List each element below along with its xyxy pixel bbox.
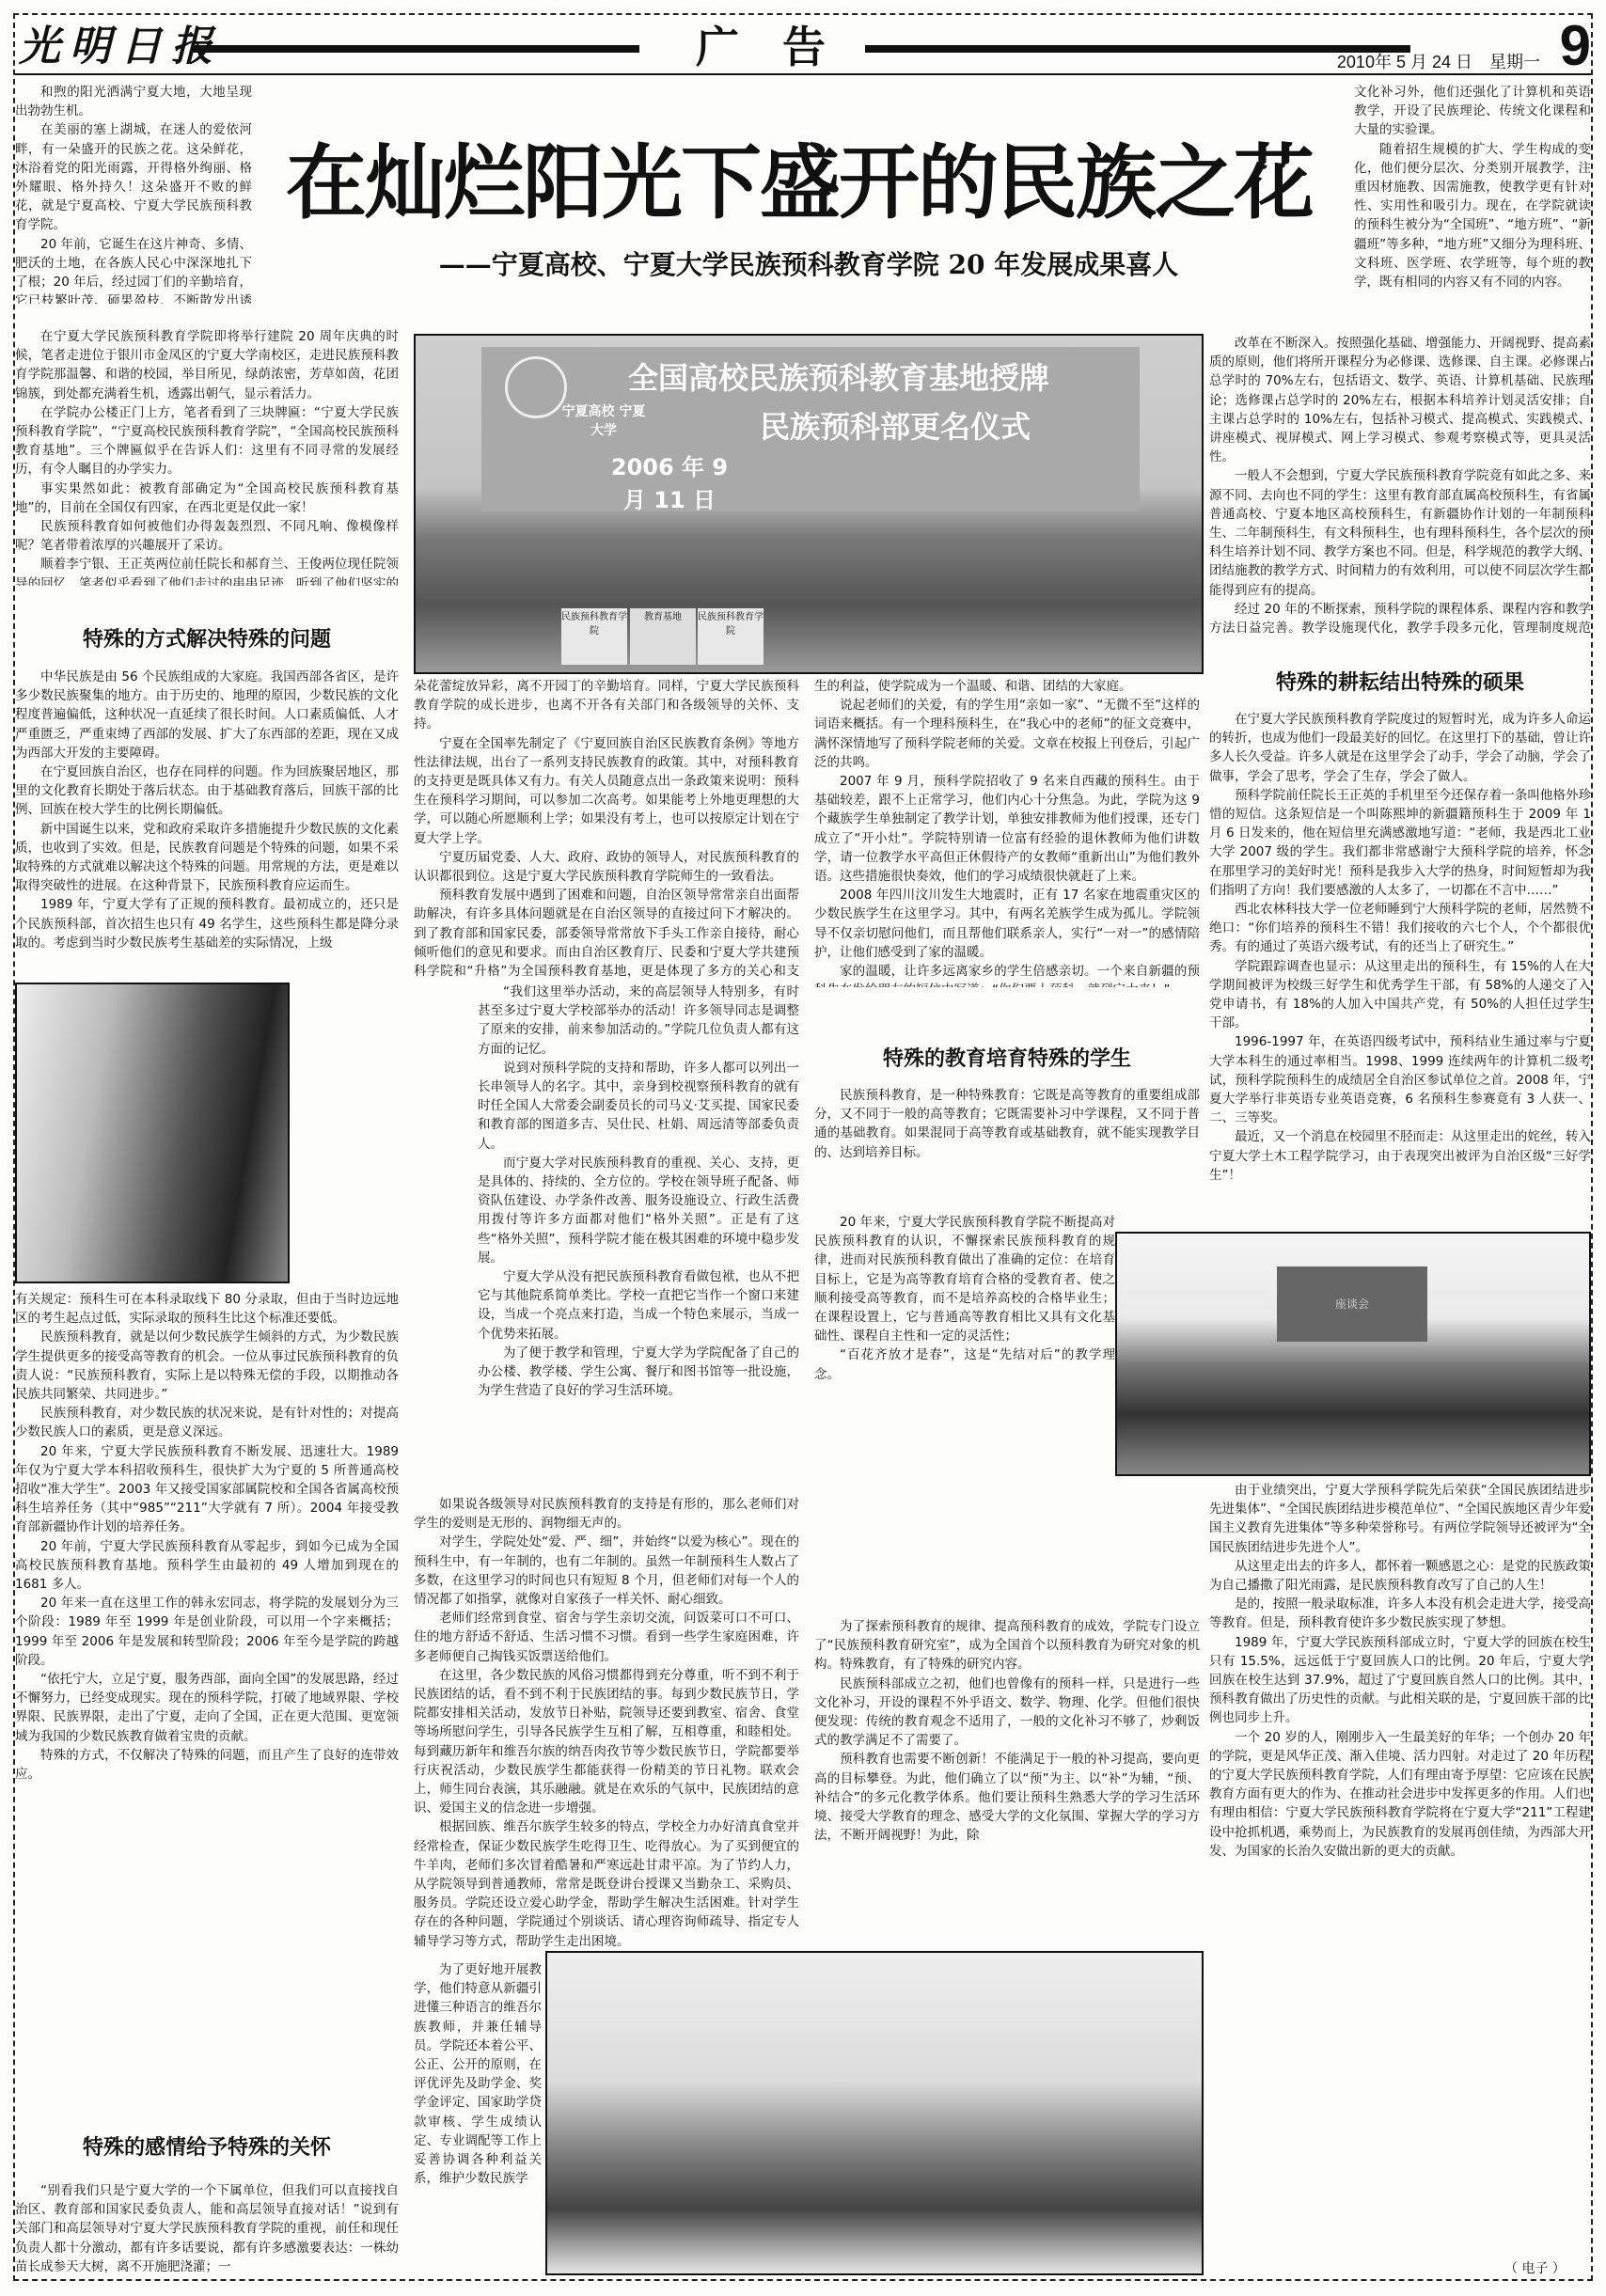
paragraph: 1996-1997 年，在英语四级考试中，预科结业生通过率与宁夏大学本科生的通过…	[1209, 1032, 1591, 1127]
conference-table-photo: 座谈会	[1115, 1232, 1591, 1476]
headline: 在灿烂阳光下盛开的民族之花	[282, 132, 1316, 235]
intro-column-top: 和煦的阳光洒满宁夏大地，大地呈现出勃勃生机。 在美丽的塞上湖城，在迷人的爱依河畔…	[15, 83, 252, 304]
paragraph: 说起老师们的关爱，有的学生用“亲如一家”、“无微不至”这样的词语来概括。有一个理…	[814, 696, 1200, 772]
paragraph: 随着招生规模的扩大、学生构成的变化，他们便分层次、分类别开展教学，注重因材施教、…	[1354, 140, 1591, 292]
paragraph: 在这里，各少数民族的风俗习惯都得到充分尊重，听不到不利于民族团结的话，看不到不利…	[414, 1666, 799, 1818]
paragraph: 根据回族、维吾尔族学生较多的特点，学校全力办好清真食堂并经常检查，保证少数民族学…	[414, 1817, 799, 1950]
group-photo: 全国高校民族预科教育基地授牌 民族预科部更名仪式 宁夏高校 宁夏大学 2006 …	[414, 334, 1204, 674]
paragraph: 家的温暖，让许多远离家乡的学生倍感亲切。一个来自新疆的预科生在发给朋友的短信中写…	[814, 962, 1200, 987]
paragraph: 而宁夏大学对民族预科教育的重视、关心、支持，更是具体的、持续的、全方位的。学校在…	[478, 1154, 799, 1267]
section-title: 广 告	[696, 19, 826, 75]
paragraph: 在宁夏回族自治区，也存在同样的问题。作为回族聚居地区，那里的文化教育长期处于落后…	[15, 763, 399, 820]
paragraph: 学院跟踪调查也显示：从这里走出的预科生，有 15%的人在大学期间被评为校级三好学…	[1209, 957, 1591, 1033]
banner-line-2: 民族预科部更名仪式	[651, 403, 1140, 447]
section3-column-c: 为了探索预科教育的规律、提高预科教育的成效，学院专门设立了“民族预科教育研究室”…	[814, 1617, 1200, 1951]
banner-line-2-small: 宁夏高校 宁夏大学	[557, 401, 651, 439]
intro-column-bottom: 在宁夏大学民族预科教育学院即将举行建院 20 周年庆典的时候，笔者走进位于银川市…	[15, 327, 399, 586]
paragraph: 民族预科教育，是一种特殊教育：它既是高等教育的重要组成部分，又不同于一般的高等教…	[814, 1086, 1200, 1162]
header-rule-left	[193, 45, 639, 53]
paragraph: 20 年来，宁夏大学民族预科教育学院不断提高对民族预科教育的认识，不懈探索民族预…	[814, 1213, 1115, 1345]
right-column-lower: 由于业绩突出，宁夏大学预科学院先后荣获“全国民族团结进步先进集体”、“全国民族团…	[1209, 1481, 1591, 2097]
paragraph: 一个 20 岁的人，刚刚步入一生最美好的年华；一个创办 20 年的学院，更是风华…	[1209, 1728, 1591, 1861]
page-number: 9	[1560, 15, 1591, 77]
paragraph: 民族预科教育，就是以何少数民族学生倾斜的方式，为少数民族学生提供更多的接受高等教…	[15, 1328, 399, 1404]
paragraph: 民族预科教育如何被他们办得轰轰烈烈、不同凡响、像模像样呢？笔者带着浓厚的兴趣展开…	[15, 517, 399, 555]
paragraph: 特殊的方式，不仅解决了特殊的问题，而且产生了良好的连带效应。	[15, 1746, 399, 1784]
paragraph: 2007 年 9 月，预科学院招收了 9 名来自西藏的预科生。由于基础较差，跟不…	[814, 772, 1200, 886]
paragraph: “百花齐放才是春”，这是“先结对后”的教学理念。	[814, 1345, 1115, 1383]
plaque-left: 民族预科教育学院	[561, 608, 627, 665]
paragraph: 一般人不会想到，宁夏大学民族预科教育学院竟有如此之多、来源不同、去向也不同的学生…	[1209, 466, 1591, 599]
paragraph: 生的利益，使学院成为一个温暖、和谐、团结的大家庭。	[814, 677, 1200, 696]
paragraph: 从这里走出去的许多人，都怀着一颗感恩之心：是党的民族政策为自己播撒了阳光雨露，是…	[1209, 1557, 1591, 1595]
section-heading: 特殊的感情给予特殊的关怀	[15, 2134, 399, 2162]
section-heading: 特殊的方式解决特殊的问题	[15, 626, 399, 654]
paragraph: 2008 年四川汶川发生大地震时，正有 17 名家在地震重灾区的少数民族学生在这…	[814, 886, 1200, 962]
paragraph: 20 年来一直在这里工作的韩永宏同志，将学院的发展划分为三个阶段：1989 年至…	[15, 1594, 399, 1670]
section3-column-b: 20 年来，宁夏大学民族预科教育学院不断提高对民族预科教育的认识，不懈探索民族预…	[814, 1213, 1115, 1533]
masthead-logo: 光明日报	[19, 21, 222, 73]
paragraph: 在学院办公楼正门上方，笔者看到了三块牌匾：“宁夏大学民族预科教育学院”，“宁夏高…	[15, 403, 399, 480]
right-column-middle: 改革在不断深入。按照强化基础、增强能力、开阔视野、提高素质的原则，他们将所开课程…	[1209, 334, 1591, 639]
paragraph: 20 年前，它诞生在这片神奇、多情、肥沃的土地，在各族人民心中深深地扎下了根；2…	[15, 235, 252, 304]
paragraph: 宁夏在全国率先制定了《宁夏回族自治区民族教育条例》等地方性法律法规，出台了一系列…	[414, 734, 799, 848]
middle-column-c: 如果说各级领导对民族预科教育的支持是有形的，那么老师们对学生的爱则是无形的、润物…	[414, 1495, 799, 1956]
paragraph: 事实果然如此：被教育部确定为“全国高校民族预科教育基地”的，目前在全国仅有四家，…	[15, 480, 399, 517]
banner-line-1: 全国高校民族预科教育基地授牌	[557, 354, 1121, 398]
paragraph: 顺着李宁银、王正英两位前任院长和郝育兰、王俊两位现任院领导的回忆，笔者似乎看到了…	[15, 555, 399, 586]
paragraph: 预科教育也需要不断创新！不能满足于一般的补习提高，要向更高的目标攀登。为此，他们…	[814, 1750, 1200, 1845]
paragraph: 朵花蕾绽放异彩，离不开园丁的辛勤培育。同样，宁夏大学民族预科教育学院的成长进步，…	[414, 677, 799, 734]
paragraph: “别看我们只是宁夏大学的一个下属单位，但我们可以直接找自治区、教育部和国家民委负…	[15, 2181, 399, 2276]
leaders-meeting-students-photo	[15, 983, 290, 1283]
middle-column-d: 为了更好地开展教学，他们特意从新疆引进懂三种语言的维吾尔族教师，并兼任辅导员。学…	[414, 1960, 542, 2280]
paragraph: 如果说各级领导对民族预科教育的支持是有形的，那么老师们对学生的爱则是无形的、润物…	[414, 1495, 799, 1533]
paragraph: 为了更好地开展教学，他们特意从新疆引进懂三种语言的维吾尔族教师，并兼任辅导员。学…	[414, 1960, 542, 2188]
paragraph: 新中国诞生以来，党和政府采取许多措施提升少数民族的文化素质，也收到了实效。但是，…	[15, 820, 399, 896]
paragraph: 民族预科部成立之初，他们也曾像有的预科一样，只是进行一些文化补习，开设的课程不外…	[814, 1675, 1200, 1751]
paragraph: 20 年来，宁夏大学民族预科教育不断发展、迅速壮大。1989 年仅为宁夏大学本科…	[15, 1442, 399, 1537]
paragraph: 为了便于教学和管理，宁夏大学为学院配备了自己的办公楼、教学楼、学生公寓、餐厅和图…	[478, 1344, 799, 1401]
paragraph: 和煦的阳光洒满宁夏大地，大地呈现出勃勃生机。	[15, 83, 252, 120]
section1-column-a: 中华民族是由 56 个民族组成的大家庭。我国西部各省区，是许多少数民族聚集的地方…	[15, 668, 399, 978]
paragraph: 为了探索预科教育的规律、提高预科教育的成效，学院专门设立了“民族预科教育研究室”…	[814, 1617, 1200, 1675]
paragraph: 对学生，学院处处“爱、严、细”，并始终“以爱为核心”。现在的预科生中，有一年制的…	[414, 1533, 799, 1609]
author-credit: （ 电子 ）	[1504, 2258, 1566, 2277]
section2-column: “别看我们只是宁夏大学的一个下属单位，但我们可以直接找自治区、教育部和国家民委负…	[15, 2181, 399, 2279]
students-dancing-photo	[545, 1951, 1204, 2275]
projector-screen: 座谈会	[1277, 1266, 1427, 1342]
paragraph: 20 年前，宁夏大学民族预科教育从零起步，到如今已成为全国高校民族预科教育基地。…	[15, 1537, 399, 1595]
paragraph: 由于业绩突出，宁夏大学预科学院先后荣获“全国民族团结进步先进集体”、“全国民族团…	[1209, 1481, 1591, 1557]
right-column-bottom: 在宁夏大学民族预科教育学院度过的短暂时光，成为许多人命运的转折，也成为他们一段最…	[1209, 710, 1591, 1218]
issue-date: 2010年 5 月 24 日 星期一	[1337, 49, 1540, 73]
paragraph: 文化补习外，他们还强化了计算机和英语教学，开设了民族理论、传统文化课程和大量的实…	[1354, 83, 1591, 140]
paragraph: 1989 年，宁夏大学民族预科部成立时，宁夏大学的回族在校生只有 15.5%，远…	[1209, 1633, 1591, 1728]
paragraph: 宁夏历届党委、人大、政府、政协的领导人，对民族预科教育的认识都很到位。这是宁夏大…	[414, 848, 799, 886]
paragraph: 在宁夏大学民族预科教育学院即将举行建院 20 周年庆典的时候，笔者走进位于银川市…	[15, 327, 399, 403]
paragraph: 民族预科教育，对少数民族的状况来说，是有针对性的；对提高少数民族人口的素质，更是…	[15, 1404, 399, 1441]
right-column-top: 文化补习外，他们还强化了计算机和英语教学，开设了民族理论、传统文化课程和大量的实…	[1354, 83, 1591, 332]
header-divider	[15, 73, 1591, 75]
plaque-center: 教育基地	[630, 608, 696, 665]
section-heading: 特殊的教育培育特殊的学生	[814, 1046, 1200, 1074]
section1-column-b: 有关规定：预科生可在本科录取线下 80 分录取，但由于当时边远地区的考生起点过低…	[15, 1290, 399, 2061]
paragraph: “依托宁大，立足宁夏，服务西部，面向全国”的发展思路，经过不懈努力，已经变成现实…	[15, 1670, 399, 1746]
section3-column-a: 民族预科教育，是一种特殊教育：它既是高等教育的重要组成部分，又不同于一般的高等教…	[814, 1086, 1200, 1218]
paragraph: 经过 20 年的不断探索，预科学院的课程体系、课程内容和教学方法日益完善。教学设…	[1209, 600, 1591, 639]
paragraph: 有关规定：预科生可在本科录取线下 80 分录取，但由于当时边远地区的考生起点过低…	[15, 1290, 399, 1328]
paragraph: 中华民族是由 56 个民族组成的大家庭。我国西部各省区，是许多少数民族聚集的地方…	[15, 668, 399, 763]
paragraph: 是的，按照一般录取标准，许多人本没有机会走进大学，接受高等教育。但是，预科教育使…	[1209, 1595, 1591, 1632]
paragraph: 改革在不断深入。按照强化基础、增强能力、开阔视野、提高素质的原则，他们将所开课程…	[1209, 334, 1591, 466]
paragraph: 西北农林科技大学一位老师睡到宁大预科学院的老师，居然赞不绝口：“你们培养的预科生…	[1209, 900, 1591, 957]
middle-column-b: “我们这里举办活动，来的高层领导人特别多，有时甚至多过宁夏大学校部举办的活动！许…	[478, 983, 799, 1490]
paragraph: 最近，又一个消息在校园里不胫而走：从这里走出的姹丝，转入宁夏大学土木工程学院学习…	[1209, 1127, 1591, 1185]
subheadline: ——宁夏高校、宁夏大学民族预科教育学院 20 年发展成果喜人	[310, 246, 1307, 284]
paragraph: 说到对预科学院的支持和帮助，许多人都可以列出一长串领导人的名字。其中，亲身到校视…	[478, 1059, 799, 1154]
paragraph: 老师们经常到食堂、宿舍与学生亲切交流，问饭菜可口不可口、住的地方舒适不舒适、生活…	[414, 1609, 799, 1666]
paragraph: 预科学院前任院长王正英的手机里至今还保存着一条叫他格外珍惜的短信。这条短信是一个…	[1209, 786, 1591, 900]
paragraph: 在宁夏大学民族预科教育学院度过的短暂时光，成为许多人命运的转折，也成为他们一段最…	[1209, 710, 1591, 786]
middle-right-column: 生的利益，使学院成为一个温暖、和谐、团结的大家庭。 说起老师们的关爱，有的学生用…	[814, 677, 1200, 987]
header-rule-right	[865, 45, 1410, 53]
paragraph: 预科教育发展中遇到了困难和问题，自治区领导常常亲自出面帮助解决，有许多具体问题就…	[414, 886, 799, 978]
section-heading: 特殊的耕耘结出特殊的硕果	[1209, 669, 1591, 698]
banner-date: 2006 年 9 月 11 日	[604, 448, 735, 514]
paragraph: 1989 年，宁夏大学有了正规的预科教育。最初成立的，还只是个民族预科部，首次招…	[15, 895, 399, 952]
paragraph: 宁夏大学从没有把民族预科教育看做包袱，也从不把它与其他院系简单类比。学校一直把它…	[478, 1267, 799, 1344]
middle-column-a: 朵花蕾绽放异彩，离不开园丁的辛勤培育。同样，宁夏大学民族预科教育学院的成长进步，…	[414, 677, 799, 978]
paragraph: 在美丽的塞上湖城，在迷人的爱依河畔，有一朵盛开的民族之花。这朵鲜花，沐浴着党的阳…	[15, 120, 252, 234]
paragraph: “我们这里举办活动，来的高层领导人特别多，有时甚至多过宁夏大学校部举办的活动！许…	[478, 983, 799, 1059]
plaque-right: 民族预科教育学院	[698, 608, 764, 665]
